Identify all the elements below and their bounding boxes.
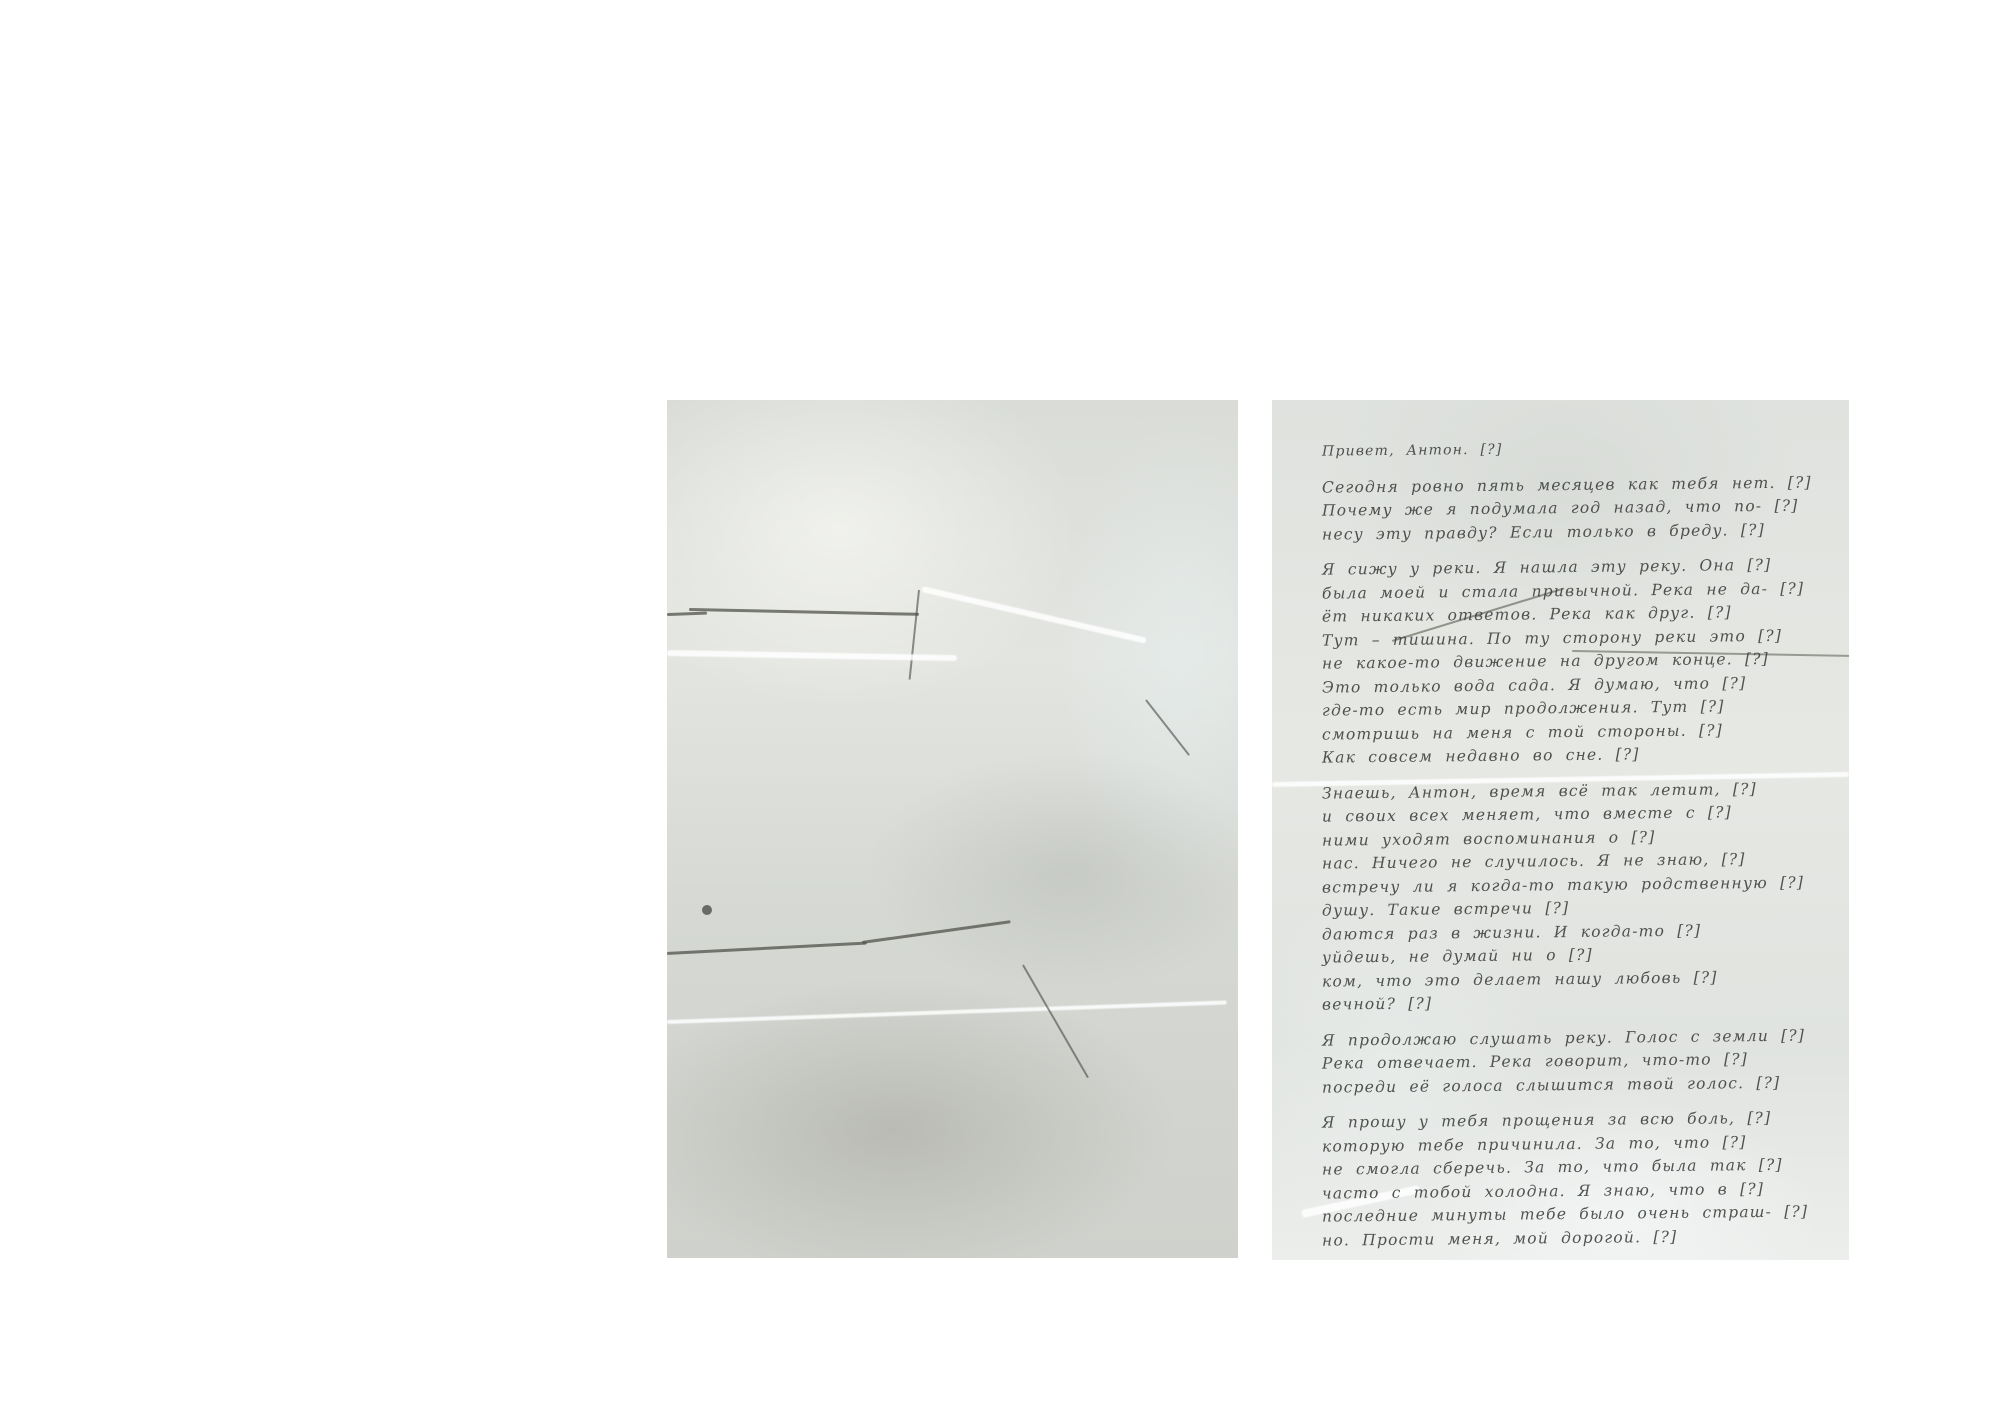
letter-greeting: Привет, Антон. [?] xyxy=(1322,435,1825,464)
letter-line: несу эту правду? Если только в бреду. [?… xyxy=(1322,518,1825,547)
letter-line: но. Прости меня, мой дорогой. [?] xyxy=(1322,1224,1825,1253)
page-canvas: Привет, Антон. [?] Сегодня ровно пять ме… xyxy=(0,0,2000,1414)
letter-paragraph: Сегодня ровно пять месяцев как тебя нет.… xyxy=(1322,474,1825,545)
ink-spot xyxy=(702,905,712,915)
paper-crack xyxy=(1145,699,1190,755)
paper-fold-highlight xyxy=(667,1000,1227,1024)
paper-crease xyxy=(667,942,867,955)
paper-crease xyxy=(667,612,707,616)
paper-crack xyxy=(1022,965,1089,1079)
paper-crease xyxy=(862,920,1011,943)
letter-line: посреди её голоса слышится твой голос. [… xyxy=(1322,1071,1825,1100)
letter-paragraph: Я продолжаю слушать реку. Голос с земли … xyxy=(1322,1027,1825,1098)
paper-crease xyxy=(689,608,919,616)
paper-fold-highlight xyxy=(921,586,1146,644)
letter-paragraph: Я сижу у реки. Я нашла эту реку. Она [?]… xyxy=(1322,556,1825,768)
blank-paper-sheet xyxy=(667,400,1238,1258)
letter-line: вечной? [?] xyxy=(1322,988,1825,1017)
paper-crack xyxy=(909,590,920,680)
letter-line: Как совсем недавно во сне. [?] xyxy=(1322,741,1825,770)
letter-paragraph: Я прошу у тебя прощения за всю боль, [?]… xyxy=(1322,1109,1825,1250)
letter-body: Привет, Антон. [?] Сегодня ровно пять ме… xyxy=(1322,438,1825,1260)
handwritten-letter-sheet: Привет, Антон. [?] Сегодня ровно пять ме… xyxy=(1272,400,1849,1260)
letter-paragraph: Знаешь, Антон, время всё так летит, [?] … xyxy=(1322,780,1825,1015)
